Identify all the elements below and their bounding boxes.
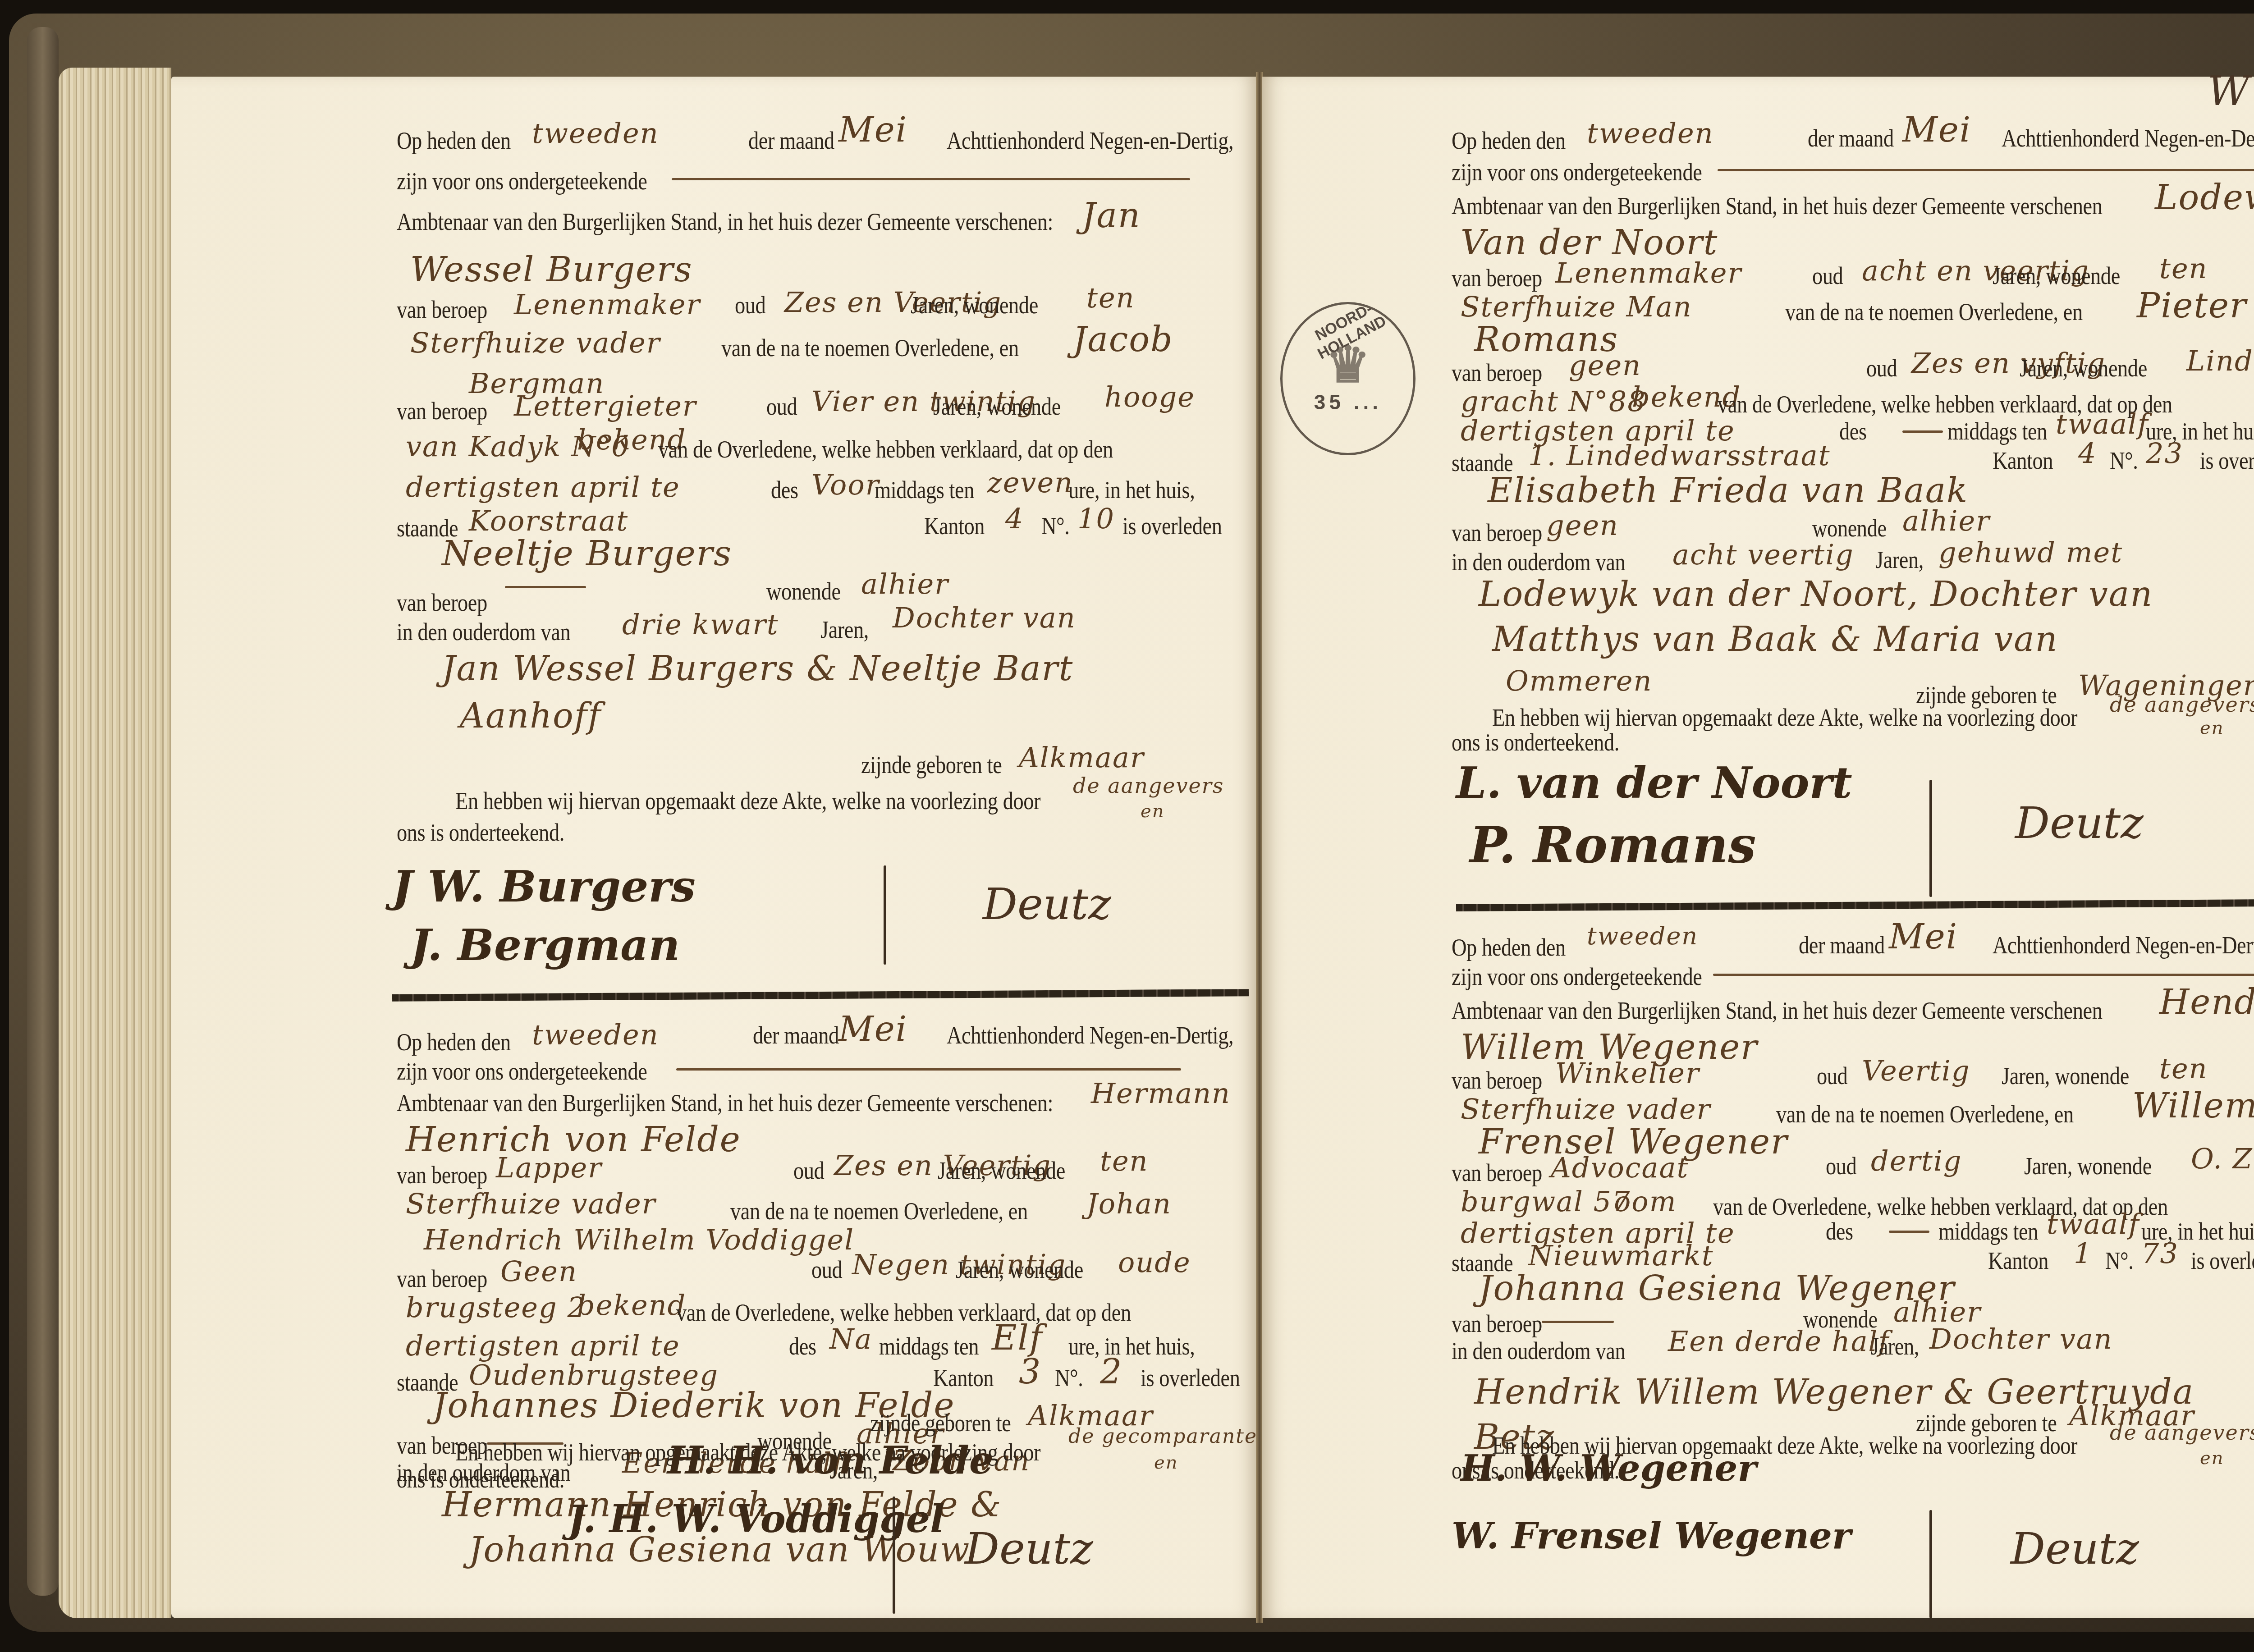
declarant2-residence: brugsteeg 2 bbox=[406, 1294, 586, 1322]
death-hour: twaalf bbox=[2047, 1210, 2140, 1238]
form-line: Op heden den bbox=[1452, 128, 1566, 153]
death-record-left-top-footer: zijnde geboren te Alkmaar En hebben wij … bbox=[171, 618, 1258, 843]
blank-filler bbox=[1902, 430, 1943, 433]
deceased-occupation: geen bbox=[1546, 512, 1619, 540]
declarant2-name: Pieter bbox=[2137, 288, 2247, 323]
read-by: en bbox=[1154, 1454, 1178, 1472]
signature-official: Deutz bbox=[965, 1524, 1093, 1574]
book-spine-left bbox=[27, 27, 59, 1596]
form-line: des bbox=[1826, 1219, 1853, 1244]
declarant2-occupation: Geen bbox=[500, 1258, 577, 1286]
form-line: Jaren, wonende bbox=[2024, 1154, 2152, 1178]
form-line: Jaren, bbox=[1875, 548, 1924, 572]
form-line: ure, in het huis, bbox=[1068, 478, 1195, 502]
form-line: Op heden den bbox=[397, 128, 511, 153]
day-value: tweeden bbox=[1587, 924, 1698, 948]
declarant2-residence: Linde bbox=[2186, 347, 2254, 375]
form-line: der maand bbox=[753, 1023, 839, 1048]
month-value: Mei bbox=[838, 113, 907, 147]
form-line: is overleden bbox=[2191, 1249, 2254, 1273]
kanton-number: 4 bbox=[1005, 505, 1024, 533]
parentage: Dochter van bbox=[1929, 1325, 2113, 1353]
form-line: van beroep bbox=[397, 399, 487, 423]
blank-filler bbox=[1718, 169, 2254, 171]
declarant2-name: Jacob bbox=[1073, 322, 1173, 357]
declarant1-residence: ten bbox=[2159, 1055, 2208, 1083]
form-line: oud bbox=[735, 293, 765, 317]
blank-filler bbox=[1713, 974, 2254, 976]
form-line: oud bbox=[1866, 356, 1897, 380]
death-date: dertigsten april te bbox=[406, 1332, 680, 1360]
signature-official: Deutz bbox=[2011, 1524, 2139, 1574]
form-line: N°. bbox=[2105, 1249, 2133, 1273]
form-line: der maand bbox=[1808, 126, 1894, 151]
declarant1-name: Wessel Burgers bbox=[410, 252, 692, 287]
form-line: der maand bbox=[748, 128, 834, 153]
declarant1-age: Veertig bbox=[1862, 1057, 1970, 1085]
house-number: 10 bbox=[1077, 505, 1115, 533]
form-line: oud bbox=[766, 394, 797, 419]
form-line: Ambtenaar van den Burgerlijken Stand, in… bbox=[397, 210, 1053, 234]
form-line: des bbox=[771, 478, 798, 502]
form-line: van de na te noemen Overledene, en bbox=[730, 1199, 1028, 1223]
declarant1-occupation: Lenenmaker bbox=[514, 291, 701, 319]
form-line: in den ouderdom van bbox=[1452, 1339, 1625, 1363]
form-line: van de Overledene, welke hebben verklaar… bbox=[658, 437, 1113, 462]
blank-filler bbox=[676, 1068, 1181, 1071]
declarant2-residence: burgwal 57 bbox=[1461, 1188, 1631, 1216]
declarant2-name: Hendrich Wilhelm Voddiggel bbox=[424, 1226, 854, 1254]
read-by: de aangevers bbox=[2110, 1422, 2254, 1443]
form-line: Kanton bbox=[1993, 448, 2053, 473]
form-line: Achttienhonderd Negen-en-Dertig, bbox=[947, 1023, 1233, 1048]
form-line: Op heden den bbox=[397, 1030, 511, 1054]
form-line: van beroep bbox=[397, 297, 487, 322]
declarant1-relation: Sterfhuize vader bbox=[410, 329, 660, 357]
signature-declarant: J. H. W. Voddiggel bbox=[568, 1496, 944, 1541]
form-line: van beroep bbox=[1452, 266, 1542, 290]
death-address: 1. Lindedwarsstraat bbox=[1528, 442, 1831, 470]
form-line: oud bbox=[811, 1258, 842, 1282]
deceased-age: acht veertig bbox=[1672, 541, 1854, 569]
form-line: wonende bbox=[766, 579, 841, 604]
declarant1-residence: ten bbox=[2159, 255, 2208, 283]
form-line: middags ten bbox=[879, 1334, 979, 1359]
deceased-name: Elisabeth Frieda van Baak bbox=[1488, 473, 1968, 508]
page-stack-left bbox=[59, 68, 171, 1618]
blank-filler bbox=[1542, 1321, 1614, 1323]
declarant1-name: Van der Noort bbox=[1461, 225, 1718, 260]
read-by: en bbox=[2200, 1449, 2224, 1467]
death-hour: twaalf bbox=[2056, 410, 2149, 438]
declarant1-name: Jan bbox=[1082, 198, 1141, 233]
read-by: de aangevers bbox=[2110, 694, 2254, 715]
form-line: oud bbox=[1817, 1064, 1847, 1088]
form-line: van beroep bbox=[397, 1163, 487, 1187]
declarant2-occupation: Advocaat bbox=[1551, 1154, 1689, 1182]
signature-declarant: H. W. Wegener bbox=[1461, 1447, 1757, 1489]
form-line: Op heden den bbox=[1452, 935, 1566, 960]
parentage: gehuwd met bbox=[1938, 539, 2123, 567]
form-line: middags ten bbox=[1947, 419, 2047, 444]
form-line: Ambtenaar van den Burgerlijken Stand, in… bbox=[1452, 998, 2102, 1023]
form-line: ons is onderteekend. bbox=[1452, 730, 1619, 755]
kanton-number: 4 bbox=[2078, 439, 2097, 467]
form-line: van beroep bbox=[1452, 1068, 1542, 1093]
declarant1-relation: Sterfhuize vader bbox=[406, 1190, 656, 1218]
declarant2-residence: O. Z. voor bbox=[2191, 1145, 2254, 1173]
form-line: Kanton bbox=[1988, 1249, 2048, 1273]
blank-filler bbox=[672, 178, 1190, 180]
form-line: zijn voor ons ondergeteekende bbox=[397, 169, 647, 193]
signature-bracket bbox=[893, 1496, 895, 1614]
read-by: en bbox=[1141, 802, 1164, 820]
form-line: Jaren, wonende bbox=[2020, 356, 2147, 380]
form-line: Kanton bbox=[924, 514, 985, 538]
form-line: Achttienhonderd Negen-en-Dertig, bbox=[947, 128, 1233, 153]
parentage: Lodewyk van der Noort, Dochter van bbox=[1479, 577, 2153, 611]
death-record-right-bottom-footer: zijnde geboren te Alkmaar En hebben wij … bbox=[1262, 1384, 2254, 1609]
form-line: is overleden bbox=[2200, 448, 2254, 473]
form-line: van beroep bbox=[1452, 1161, 1542, 1185]
declarant1-occupation: Lapper bbox=[496, 1154, 602, 1182]
form-line: zijn voor ons ondergeteekende bbox=[1452, 965, 1702, 989]
form-line: zijn voor ons ondergeteekende bbox=[1452, 160, 1702, 184]
deceased-residence: alhier bbox=[1902, 507, 1990, 535]
blank-filler bbox=[505, 586, 586, 588]
form-line: Ambtenaar van den Burgerlijken Stand, in… bbox=[1452, 194, 2102, 218]
declarant1-name: Hendrik bbox=[2159, 985, 2254, 1019]
declarant1-occupation: Lenenmaker bbox=[1555, 259, 1742, 287]
right-page: W 145 NOORD-HOLLAND ♛ 35 ... Op heden de… bbox=[1262, 77, 2254, 1618]
form-line: van de Overledene, welke hebben verklaar… bbox=[676, 1300, 1131, 1325]
declarant1-relation: Sterfhuize vader bbox=[1461, 1095, 1711, 1123]
signature-official: Deutz bbox=[2015, 798, 2144, 848]
blank-filler bbox=[1889, 1231, 1929, 1233]
form-line: der maand bbox=[1799, 933, 1885, 957]
declarant2-residence: hooge bbox=[1104, 383, 1195, 411]
declarant1-name: Lodewyk bbox=[2155, 180, 2254, 215]
form-line: ons is onderteekend. bbox=[397, 820, 564, 845]
deceased-name: Johanna Gesiena Wegener bbox=[1479, 1271, 1955, 1305]
form-line: zijnde geboren te bbox=[1916, 1411, 2057, 1435]
declarant1-residence: ten bbox=[1100, 1147, 1149, 1175]
day-value: tweeden bbox=[532, 1021, 659, 1049]
form-line: En hebben wij hiervan opgemaakt deze Akt… bbox=[1492, 705, 2077, 730]
form-line: Ambtenaar van den Burgerlijken Stand, in… bbox=[397, 1091, 1053, 1115]
deceased-name: Neeltje Burgers bbox=[442, 536, 732, 571]
death-hour: zeven bbox=[987, 469, 1073, 497]
declarant2-name: Johan bbox=[1086, 1190, 1172, 1218]
signature-declarant: H. H. von Felde bbox=[667, 1438, 993, 1483]
form-line: Jaren, wonende bbox=[911, 293, 1038, 317]
form-line: wonende bbox=[1812, 516, 1887, 540]
declarant1-name: Hermann bbox=[1091, 1080, 1231, 1107]
signature-bracket bbox=[1929, 1510, 1932, 1618]
form-line: N°. bbox=[2110, 448, 2138, 473]
month-value: Mei bbox=[1902, 113, 1971, 147]
form-line: Jaren, wonende bbox=[1993, 264, 2120, 288]
form-line: van beroep bbox=[1452, 361, 1542, 385]
form-line: van beroep bbox=[397, 590, 487, 615]
form-line: middags ten bbox=[875, 478, 974, 502]
form-line: van de na te noemen Overledene, en bbox=[721, 336, 1019, 360]
form-line: van beroep bbox=[397, 1267, 487, 1291]
death-hour: Elf bbox=[992, 1321, 1043, 1355]
kanton-number: 1 bbox=[2074, 1240, 2092, 1268]
form-line: oud bbox=[793, 1158, 824, 1183]
form-line: En hebben wij hiervan opgemaakt deze Akt… bbox=[455, 789, 1040, 813]
form-line: van de na te noemen Overledene, en bbox=[1776, 1102, 2074, 1126]
declarant1-relation: Sterfhuize Man bbox=[1461, 293, 1692, 321]
form-line: Achttienhonderd Negen-en-Dertig, bbox=[2002, 126, 2254, 151]
signature-declarant: L. van der Noort bbox=[1456, 757, 1852, 808]
form-line: Jaren, wonende bbox=[956, 1258, 1083, 1282]
death-time-part: Na bbox=[829, 1325, 872, 1353]
form-line: oud bbox=[1812, 264, 1843, 288]
declarant1-residence: ten bbox=[1086, 284, 1135, 312]
deceased-residence: alhier bbox=[1893, 1298, 1981, 1326]
house-number: 73 bbox=[2141, 1240, 2179, 1268]
day-value: tweeden bbox=[1587, 119, 1714, 147]
house-number: 23 bbox=[2146, 439, 2183, 467]
month-value: Mei bbox=[838, 1012, 907, 1046]
form-line: Jaren, wonende bbox=[933, 394, 1061, 419]
form-line: zijnde geboren te bbox=[861, 753, 1002, 777]
form-line: van beroep bbox=[1452, 521, 1542, 545]
death-time-part: Voor bbox=[811, 471, 880, 499]
declarant2-relation: oom bbox=[1614, 1188, 1677, 1216]
read-by: de gecomparanten bbox=[1068, 1427, 1271, 1446]
form-line: oud bbox=[1826, 1154, 1856, 1178]
form-line: Achttienhonderd Negen-en-Dertig, bbox=[1993, 933, 2254, 957]
form-line: is overleden bbox=[1122, 514, 1222, 538]
declarant2-occupation: geen bbox=[1569, 352, 1641, 380]
form-line: Jaren, wonende bbox=[2002, 1064, 2129, 1088]
form-line: ons is onderteekend. bbox=[397, 1467, 564, 1492]
day-value: tweeden bbox=[532, 119, 659, 147]
declarant2-age: dertig bbox=[1871, 1147, 1962, 1175]
form-line: Jaren, bbox=[1871, 1334, 1919, 1359]
deceased-residence: alhier bbox=[861, 570, 949, 598]
signature-declarant: W. Frensel Wegener bbox=[1452, 1515, 1851, 1557]
form-line: N°. bbox=[1041, 514, 1069, 538]
month-value: Mei bbox=[1889, 920, 1958, 954]
declarant2-residence: gracht N°88 bbox=[1461, 388, 1646, 416]
form-line: des bbox=[1839, 419, 1867, 444]
declarant2-relation: bekend bbox=[577, 1291, 686, 1319]
deceased-age: Een derde half bbox=[1668, 1327, 1889, 1355]
declarant1-occupation: Winkelier bbox=[1555, 1059, 1700, 1087]
death-date: dertigsten april te bbox=[406, 473, 680, 501]
declarant2-residence: oude bbox=[1118, 1249, 1191, 1277]
form-line: zijnde geboren te bbox=[1916, 683, 2057, 707]
read-by: en bbox=[2200, 719, 2224, 737]
death-address: Koorstraat bbox=[469, 507, 628, 535]
left-page: Op heden den tweeden der maand Mei Achtt… bbox=[171, 77, 1258, 1618]
form-line: middags ten bbox=[1938, 1219, 2038, 1244]
form-line: des bbox=[789, 1334, 816, 1359]
death-address: Nieuwmarkt bbox=[1528, 1242, 1714, 1270]
read-by: de aangevers bbox=[1073, 775, 1224, 796]
form-line: in den ouderdom van bbox=[1452, 550, 1625, 574]
form-line: van beroep bbox=[1452, 1312, 1542, 1336]
declarant2-name: Willem bbox=[2132, 1089, 2254, 1123]
form-line: van de na te noemen Overledene, en bbox=[1785, 300, 2083, 324]
birthplace: Alkmaar bbox=[1019, 744, 1145, 772]
form-line: ure, in het huis, bbox=[1068, 1334, 1195, 1359]
form-line: zijnde geboren te bbox=[870, 1411, 1011, 1435]
declarant2-occupation: Lettergieter bbox=[514, 392, 696, 420]
form-line: zijn voor ons ondergeteekende bbox=[397, 1059, 647, 1084]
form-line: Jaren, wonende bbox=[938, 1158, 1065, 1183]
